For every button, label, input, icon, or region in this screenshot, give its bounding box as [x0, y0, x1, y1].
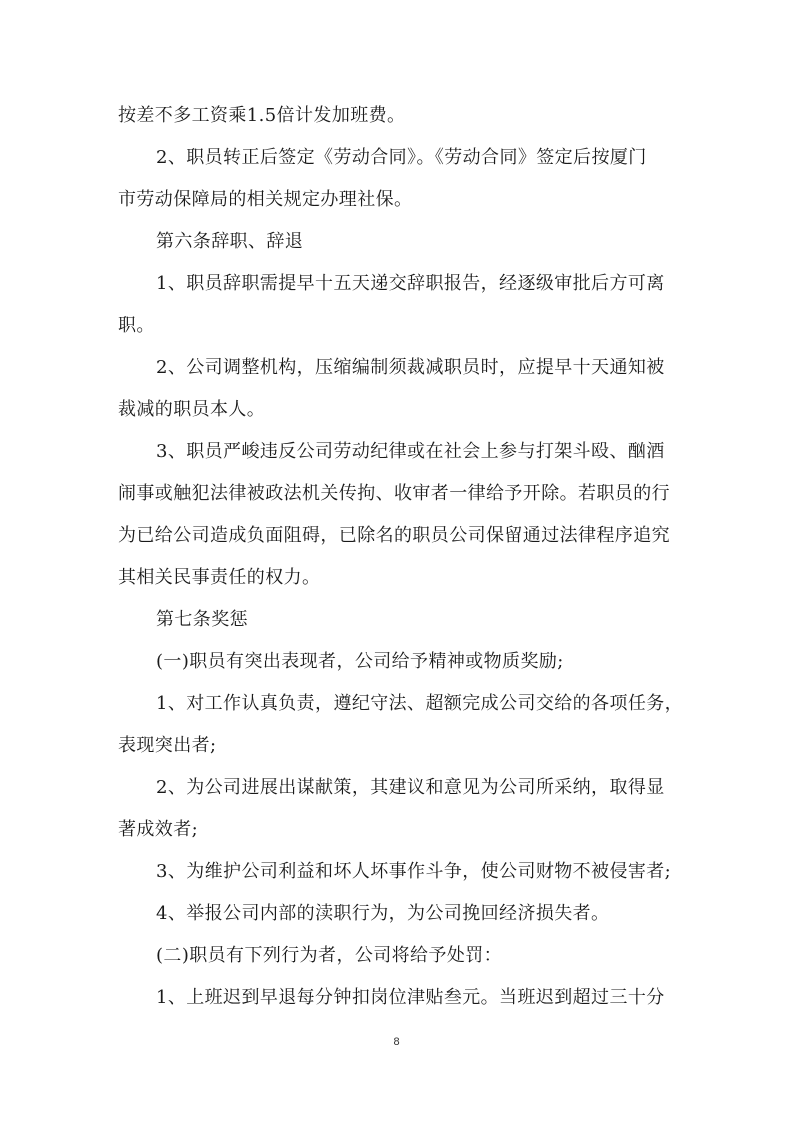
text-line: 著成效者; — [118, 809, 674, 851]
text-line: 闹事或触犯法律被政法机关传拘、收审者一律给予开除。若职员的行 — [118, 473, 674, 515]
text-line: 4、举报公司内部的渎职行为，为公司挽回经济损失者。 — [118, 893, 674, 935]
text-line: 1、职员辞职需提早十五天递交辞职报告，经逐级审批后方可离 — [118, 263, 674, 305]
text-line: 其相关民事责任的权力。 — [118, 557, 674, 599]
section-heading: 第六条辞职、辞退 — [118, 221, 674, 263]
text-line: 为已给公司造成负面阻碍，已除名的职员公司保留通过法律程序追究 — [118, 515, 674, 557]
text-line: 裁减的职员本人。 — [118, 389, 674, 431]
text-line: 市劳动保障局的相关规定办理社保。 — [118, 179, 674, 221]
text-line: 2、职员转正后签定《劳动合同》。《劳动合同》签定后按厦门 — [118, 137, 674, 179]
text-line: 1、对工作认真负责，遵纪守法、超额完成公司交给的各项任务， — [118, 683, 674, 725]
section-heading: 第七条奖惩 — [118, 599, 674, 641]
text-line: 按差不多工资乘1.5倍计发加班费。 — [118, 95, 674, 137]
text-line: (一)职员有突出表现者，公司给予精神或物质奖励; — [118, 641, 674, 683]
document-page: 按差不多工资乘1.5倍计发加班费。 2、职员转正后签定《劳动合同》。《劳动合同》… — [0, 0, 793, 1122]
body-text: 按差不多工资乘1.5倍计发加班费。 2、职员转正后签定《劳动合同》。《劳动合同》… — [118, 95, 674, 1019]
page-number: 8 — [0, 1036, 793, 1048]
text-line: 2、为公司进展出谋献策，其建议和意见为公司所采纳，取得显 — [118, 767, 674, 809]
text-line: 2、公司调整机构，压缩编制须裁减职员时，应提早十天通知被 — [118, 347, 674, 389]
text-line: 职。 — [118, 305, 674, 347]
text-line: (二)职员有下列行为者，公司将给予处罚： — [118, 935, 674, 977]
text-line: 3、职员严峻违反公司劳动纪律或在社会上参与打架斗殴、酗酒 — [118, 431, 674, 473]
text-line: 表现突出者; — [118, 725, 674, 767]
text-line: 3、为维护公司利益和坏人坏事作斗争，使公司财物不被侵害者; — [118, 851, 674, 893]
text-line: 1、上班迟到早退每分钟扣岗位津贴叁元。当班迟到超过三十分 — [118, 977, 674, 1019]
